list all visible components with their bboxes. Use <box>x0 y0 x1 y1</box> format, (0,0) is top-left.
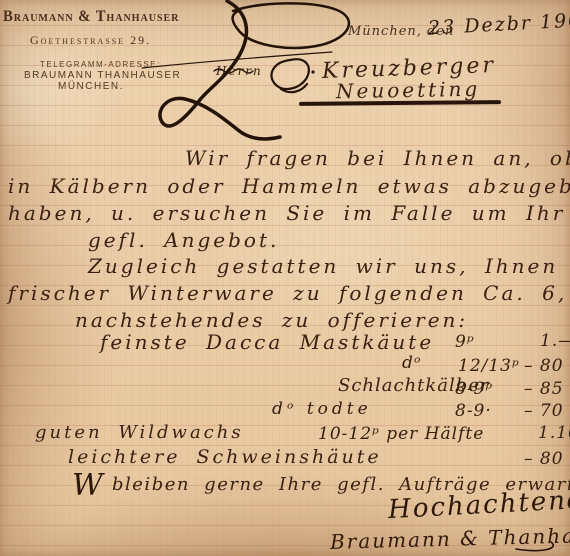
body-line: in Kälbern oder Hammeln etwas abzugeben <box>8 174 570 198</box>
body-line: nachstehendes zu offerieren: <box>75 308 468 332</box>
recipient-salutation: Herrn <box>216 64 263 78</box>
body-line: haben, u. ersuchen Sie im Falle um Ihr <box>8 201 565 225</box>
price-qty: 9ᵖ <box>455 332 475 352</box>
price-value: 1.10 <box>538 423 570 443</box>
telegram-address-city: MÜNCHEN. <box>58 81 124 92</box>
price-value: 1.— <box>540 331 570 351</box>
body-line: Zugleich gestatten wir uns, Ihnen in <box>88 254 570 278</box>
letterhead-company: Braumann & Thanhauser <box>3 8 179 26</box>
dateline-handwritten: 23 Dezbr 1902 <box>428 9 570 40</box>
recipient-city: Neuoetting <box>336 77 481 104</box>
price-qty: 8-9· <box>455 401 492 421</box>
telegram-address-name: BRAUMANN THANHAUSER <box>24 70 181 81</box>
price-qty: 8-9ᵖ <box>455 379 493 399</box>
price-item: dᵒ todte <box>272 399 372 419</box>
signature: Braumann & Thanhauser <box>330 522 570 554</box>
price-value: – 70 <box>524 401 564 421</box>
price-value: – 80 <box>524 449 564 469</box>
body-line: Wir fragen bei Ihnen an, ob Sie <box>185 146 570 170</box>
telegram-address-label: TELEGRAMM-ADRESSE: <box>40 60 161 69</box>
letter-page: Braumann & Thanhauser Goethestrasse 29. … <box>0 0 570 556</box>
price-item: feinste Dacca Mastkäute <box>100 330 434 354</box>
price-qty: 12/13ᵖ <box>458 356 520 376</box>
body-line: gefl. Angebot. <box>88 228 279 252</box>
price-qty: 10-12ᵖ per Hälfte <box>318 424 484 444</box>
body-line: frischer Winterware zu folgenden Ca. 6, <box>8 281 567 305</box>
recipient-underline <box>299 100 501 106</box>
price-item: guten Wildwachs <box>35 422 244 443</box>
letterhead-street: Goethestrasse 29. <box>30 33 151 48</box>
price-value: – 80 <box>524 356 564 376</box>
price-value: – 85 <box>524 379 564 399</box>
closing-initial: W <box>72 468 103 503</box>
price-item-ditto: dᵒ <box>402 353 421 373</box>
price-item: leichtere Schweinshäute <box>68 446 382 468</box>
